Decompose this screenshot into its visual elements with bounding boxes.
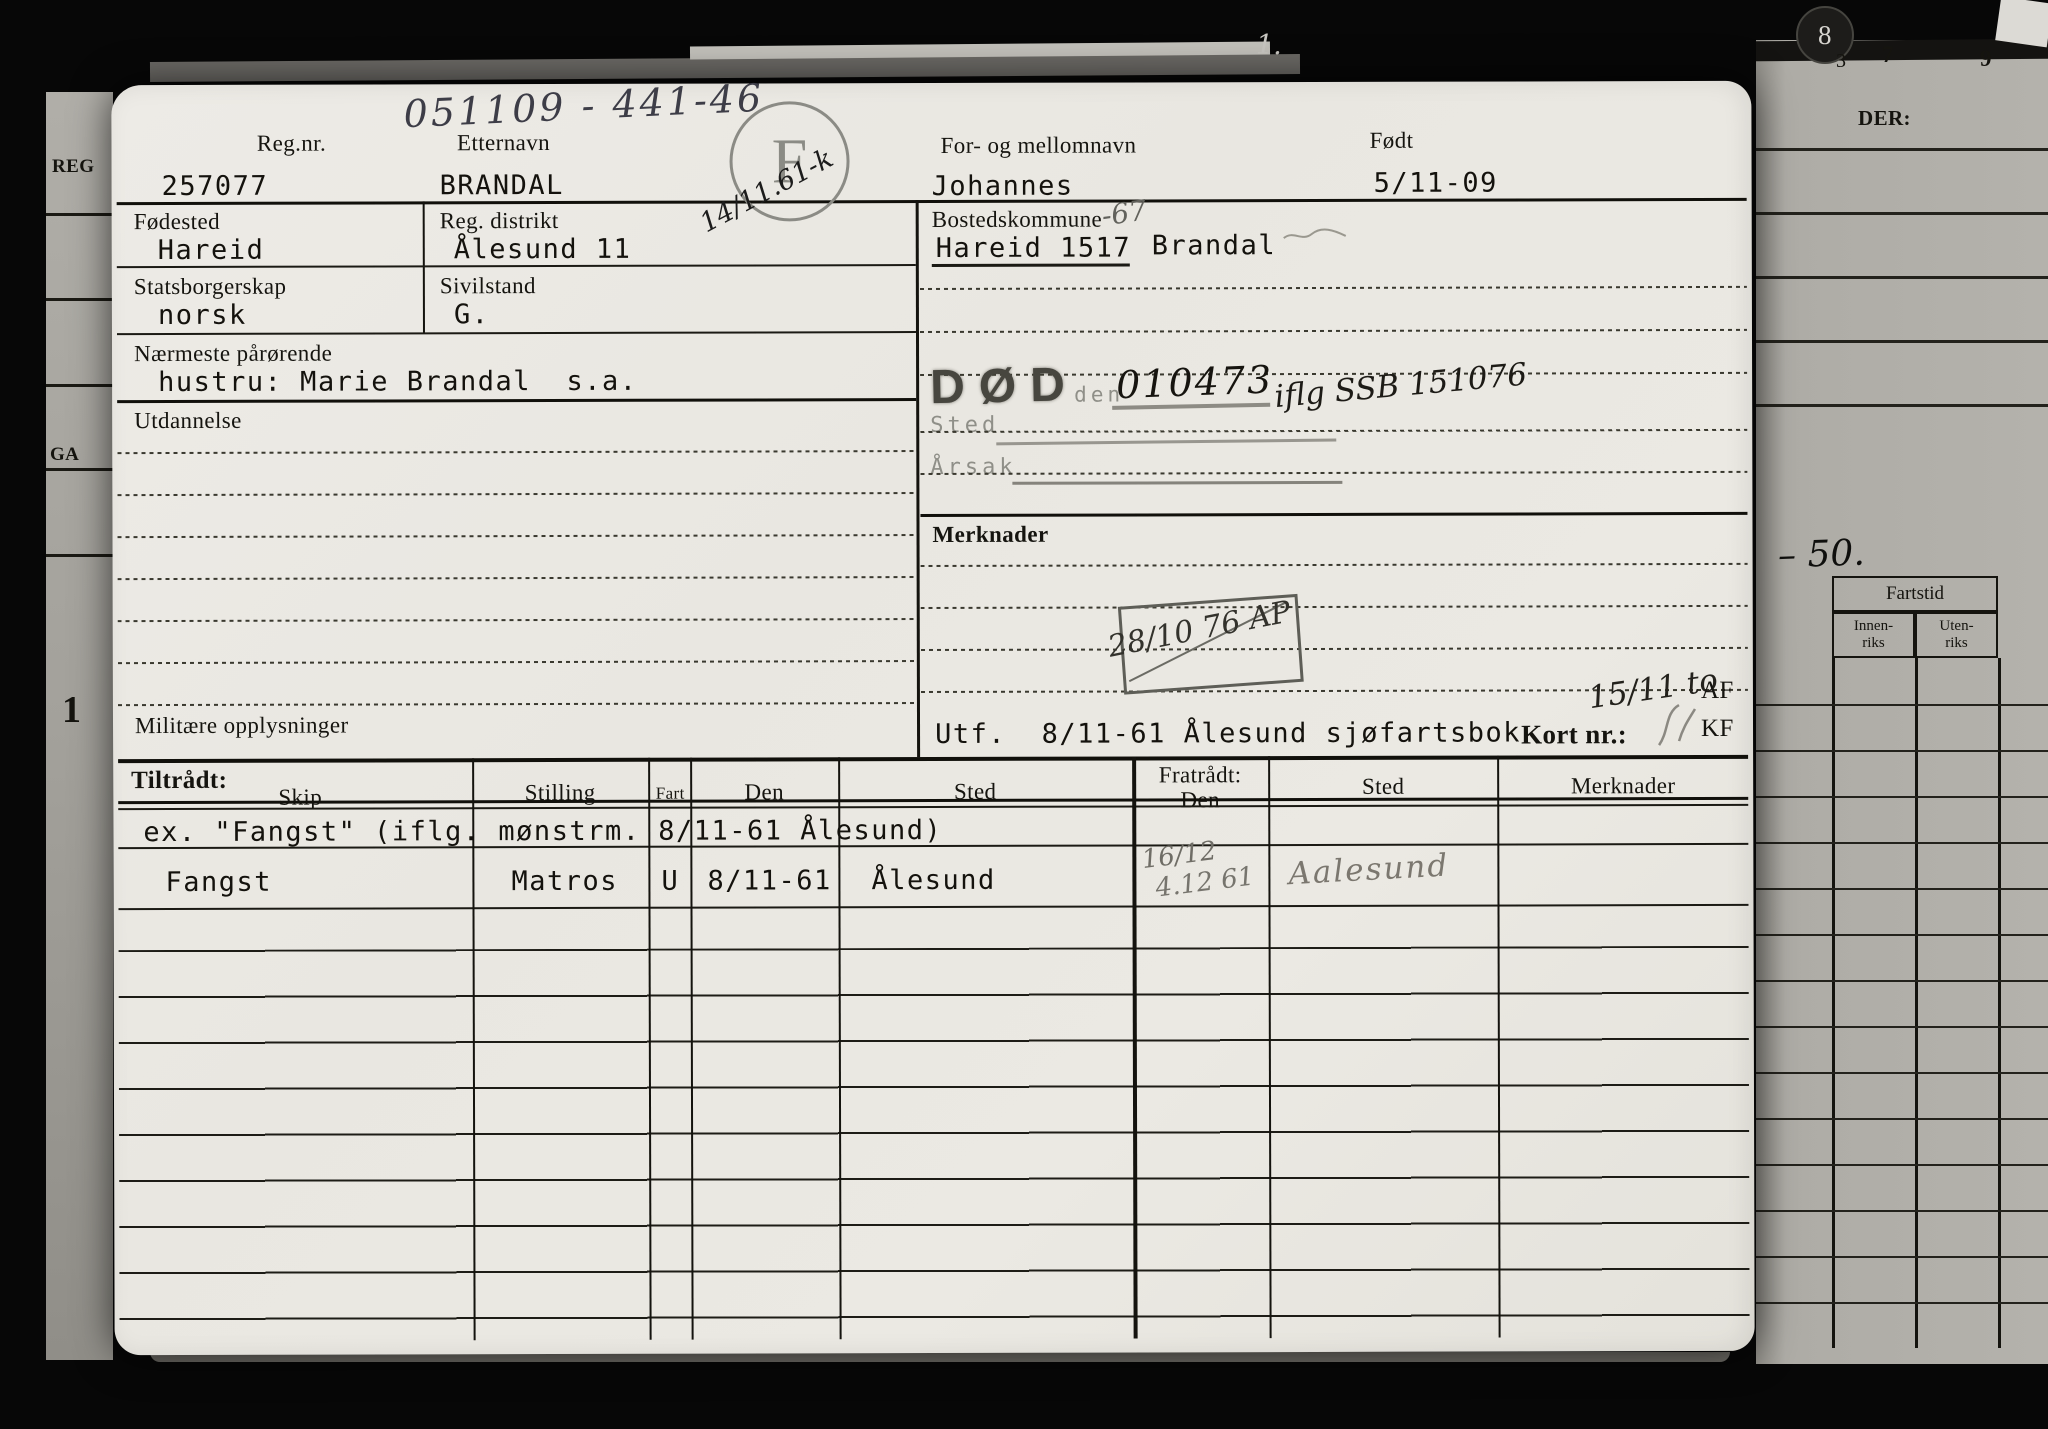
bosted-label: Bostedskommune (932, 207, 1103, 233)
tiltradt-label: Tiltrådt: (131, 767, 227, 795)
right-background-card: 8 3 7 9 DER: – 50. Fartstid Innen- riks … (1756, 40, 2048, 1364)
regnr-value: 257077 (162, 171, 269, 202)
rule-line (46, 298, 113, 301)
regdistrikt-value: Ålesund 11 (454, 234, 632, 265)
main-vertical-divider (916, 200, 920, 757)
col-fratradt: Fratrådt: (1137, 762, 1263, 788)
innenriks-label-1: Innen- (1834, 618, 1913, 635)
af-mark: AF (1701, 677, 1734, 705)
row2-sted: Ålesund (871, 865, 995, 896)
row-rule (118, 904, 1748, 910)
bg-note-50: – 50. (1777, 532, 1865, 576)
bg-der-label: DER: (1858, 106, 1911, 131)
fodt-value: 5/11-09 (1374, 168, 1498, 199)
regdistrikt-label: Reg. distrikt (440, 208, 559, 234)
regnr-label: Reg.nr. (206, 130, 376, 156)
page-digit: 1. (1256, 30, 1282, 61)
utdannelse-label: Utdannelse (134, 408, 242, 434)
rule-line (46, 213, 113, 216)
kf-mark: KF (1701, 715, 1734, 743)
dotted-rule (921, 605, 1748, 609)
parorende-value: hustru: Marie Brandal s.a. (158, 366, 637, 398)
rule-line (46, 554, 113, 557)
bg-digit-9: 9 (1980, 46, 1992, 72)
pencil-scribble (1280, 222, 1350, 248)
bosted-underline (932, 263, 1130, 267)
left-digit-one: 1 (62, 688, 81, 732)
rule-line (117, 398, 916, 403)
col-merknader: Merknader (1548, 773, 1698, 799)
row2-stilling: Matros (511, 866, 618, 897)
dotted-rule (118, 576, 917, 580)
dotted-rule (920, 429, 1747, 433)
utenriks-box: Uten- riks (1915, 612, 1998, 658)
dotted-rule (117, 450, 916, 454)
bg-ruled-lines-upper (1756, 148, 2048, 413)
parorende-label: Nærmeste pårørende (134, 341, 332, 368)
sivilstand-value: G. (454, 299, 490, 330)
sivilstand-label: Sivilstand (440, 273, 536, 299)
statsborgerskap-label: Statsborgerskap (134, 274, 287, 300)
utf-line: Utf. 8/11-61 Ålesund sjøfartsbok (935, 717, 1521, 750)
left-ga-label: GA (50, 444, 79, 466)
top-handwritten-number: 051109 - 441-46 (403, 76, 765, 137)
etternavn-label: Etternavn (378, 130, 628, 157)
merknader-label: Merknader (932, 522, 1048, 548)
left-card-stack-edge: REG GA 1 (46, 92, 113, 1360)
bosted-value2: Brandal (1152, 230, 1276, 261)
dotted-rule (117, 492, 916, 496)
row2-fratradt-den-handwritten: 16/12 4.12 61 (1140, 832, 1256, 905)
row2-skip: Fangst (165, 867, 272, 898)
dotted-rule (118, 618, 917, 622)
fodt-label: Født (1316, 128, 1466, 154)
fartstid-box: Fartstid (1832, 576, 1998, 612)
utenriks-label-2: riks (1917, 635, 1996, 652)
dod-sted-label: Sted (930, 413, 999, 438)
innenriks-box: Innen- riks (1832, 612, 1915, 658)
rule-line (46, 384, 113, 387)
scanned-page: 1. REG GA 1 8 3 7 9 DER: – 50. Fartstid … (0, 0, 2048, 1429)
bosted-value: Hareid 1517 (936, 232, 1131, 264)
dod-stamp: DØD (930, 357, 1080, 415)
bg-digit-7: 7 (1882, 42, 1894, 68)
militare-label: Militære opplysninger (135, 713, 349, 740)
mellomnavn-label: For- og mellomnavn (883, 132, 1193, 159)
dotted-rule (921, 563, 1748, 567)
kortnr-label: Kort nr.: (1521, 719, 1627, 750)
rule-line (117, 331, 916, 335)
arsak-underline (1012, 481, 1342, 485)
white-corner-sliver (1995, 0, 2048, 47)
sted-underline (996, 438, 1336, 445)
dotted-rule (118, 534, 917, 538)
statsborgerskap-value: norsk (158, 300, 247, 331)
dod-date-handwritten: 010473 (1115, 357, 1274, 407)
left-reg-label: REG (52, 156, 94, 178)
receipt-stamp-box: 28/10 76 AP (1118, 594, 1304, 695)
col-fratradt-sted: Sted (1320, 774, 1446, 800)
kortnr-scribble (1649, 701, 1699, 747)
fodested-value: Hareid (158, 235, 265, 266)
empty-row-rules (119, 946, 1750, 1326)
dotted-rule (920, 286, 1747, 290)
dod-note-handwritten: iflg SSB 151076 (1273, 356, 1528, 415)
dotted-rule (118, 702, 917, 706)
rule-line (46, 468, 113, 471)
table-top-rule (118, 755, 1748, 763)
row2-fart: U (661, 866, 679, 897)
dotted-rule (920, 329, 1747, 333)
utenriks-label-1: Uten- (1917, 618, 1996, 635)
bg-ruled-lines-lower (1756, 704, 2048, 1348)
bosted-note: -67 (1100, 193, 1149, 232)
dotted-rule (921, 647, 1748, 651)
dod-arsak-label: Årsak (930, 455, 1016, 480)
row2-fratradt-sted-handwritten: Aalesund (1288, 847, 1451, 892)
fartstid-label: Fartstid (1886, 583, 1944, 604)
mellomnavn-value: Johannes (932, 171, 1074, 202)
dotted-rule (118, 660, 917, 664)
merknader-top-rule (920, 512, 1747, 517)
bg-digit-3: 3 (1836, 50, 1846, 73)
registration-card: 051109 - 441-46 Reg.nr. 257077 Etternavn… (111, 81, 1754, 1355)
fodested-label: Fødested (134, 209, 220, 235)
etternavn-value: BRANDAL (440, 170, 564, 201)
tab-digit: 8 (1818, 20, 1832, 51)
dotted-rule (920, 471, 1747, 475)
row2-den: 8/11-61 (707, 865, 831, 896)
innenriks-label-2: riks (1834, 635, 1913, 652)
table-row1-text: ex. "Fangst" (iflg. mønstrm. 8/11-61 Åle… (143, 815, 942, 848)
